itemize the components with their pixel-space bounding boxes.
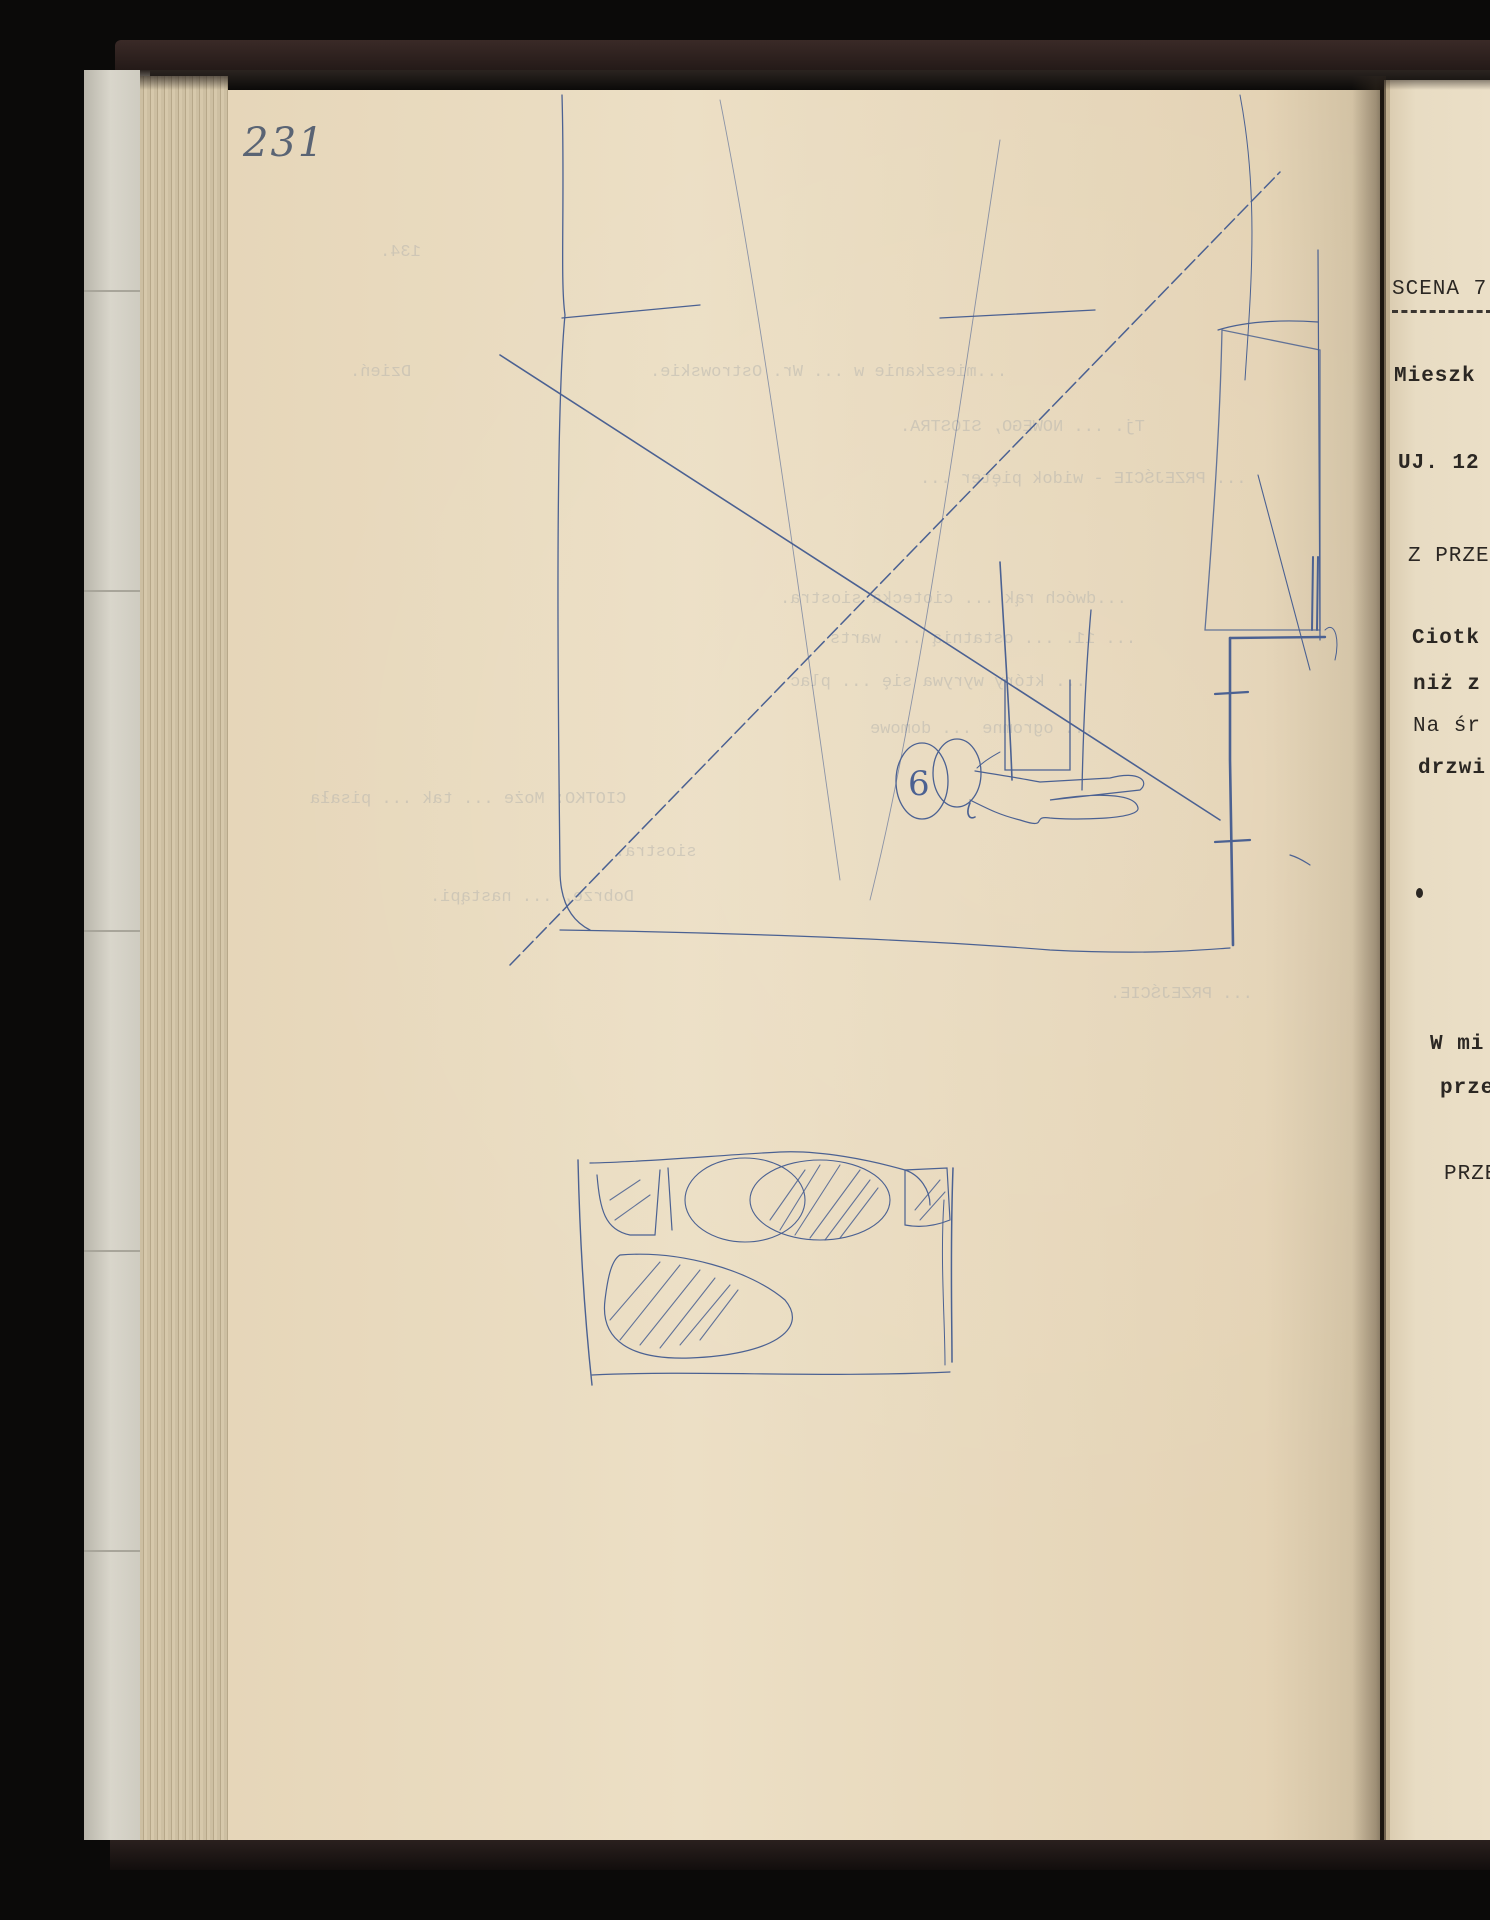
composition-sketch (0, 0, 1490, 1920)
